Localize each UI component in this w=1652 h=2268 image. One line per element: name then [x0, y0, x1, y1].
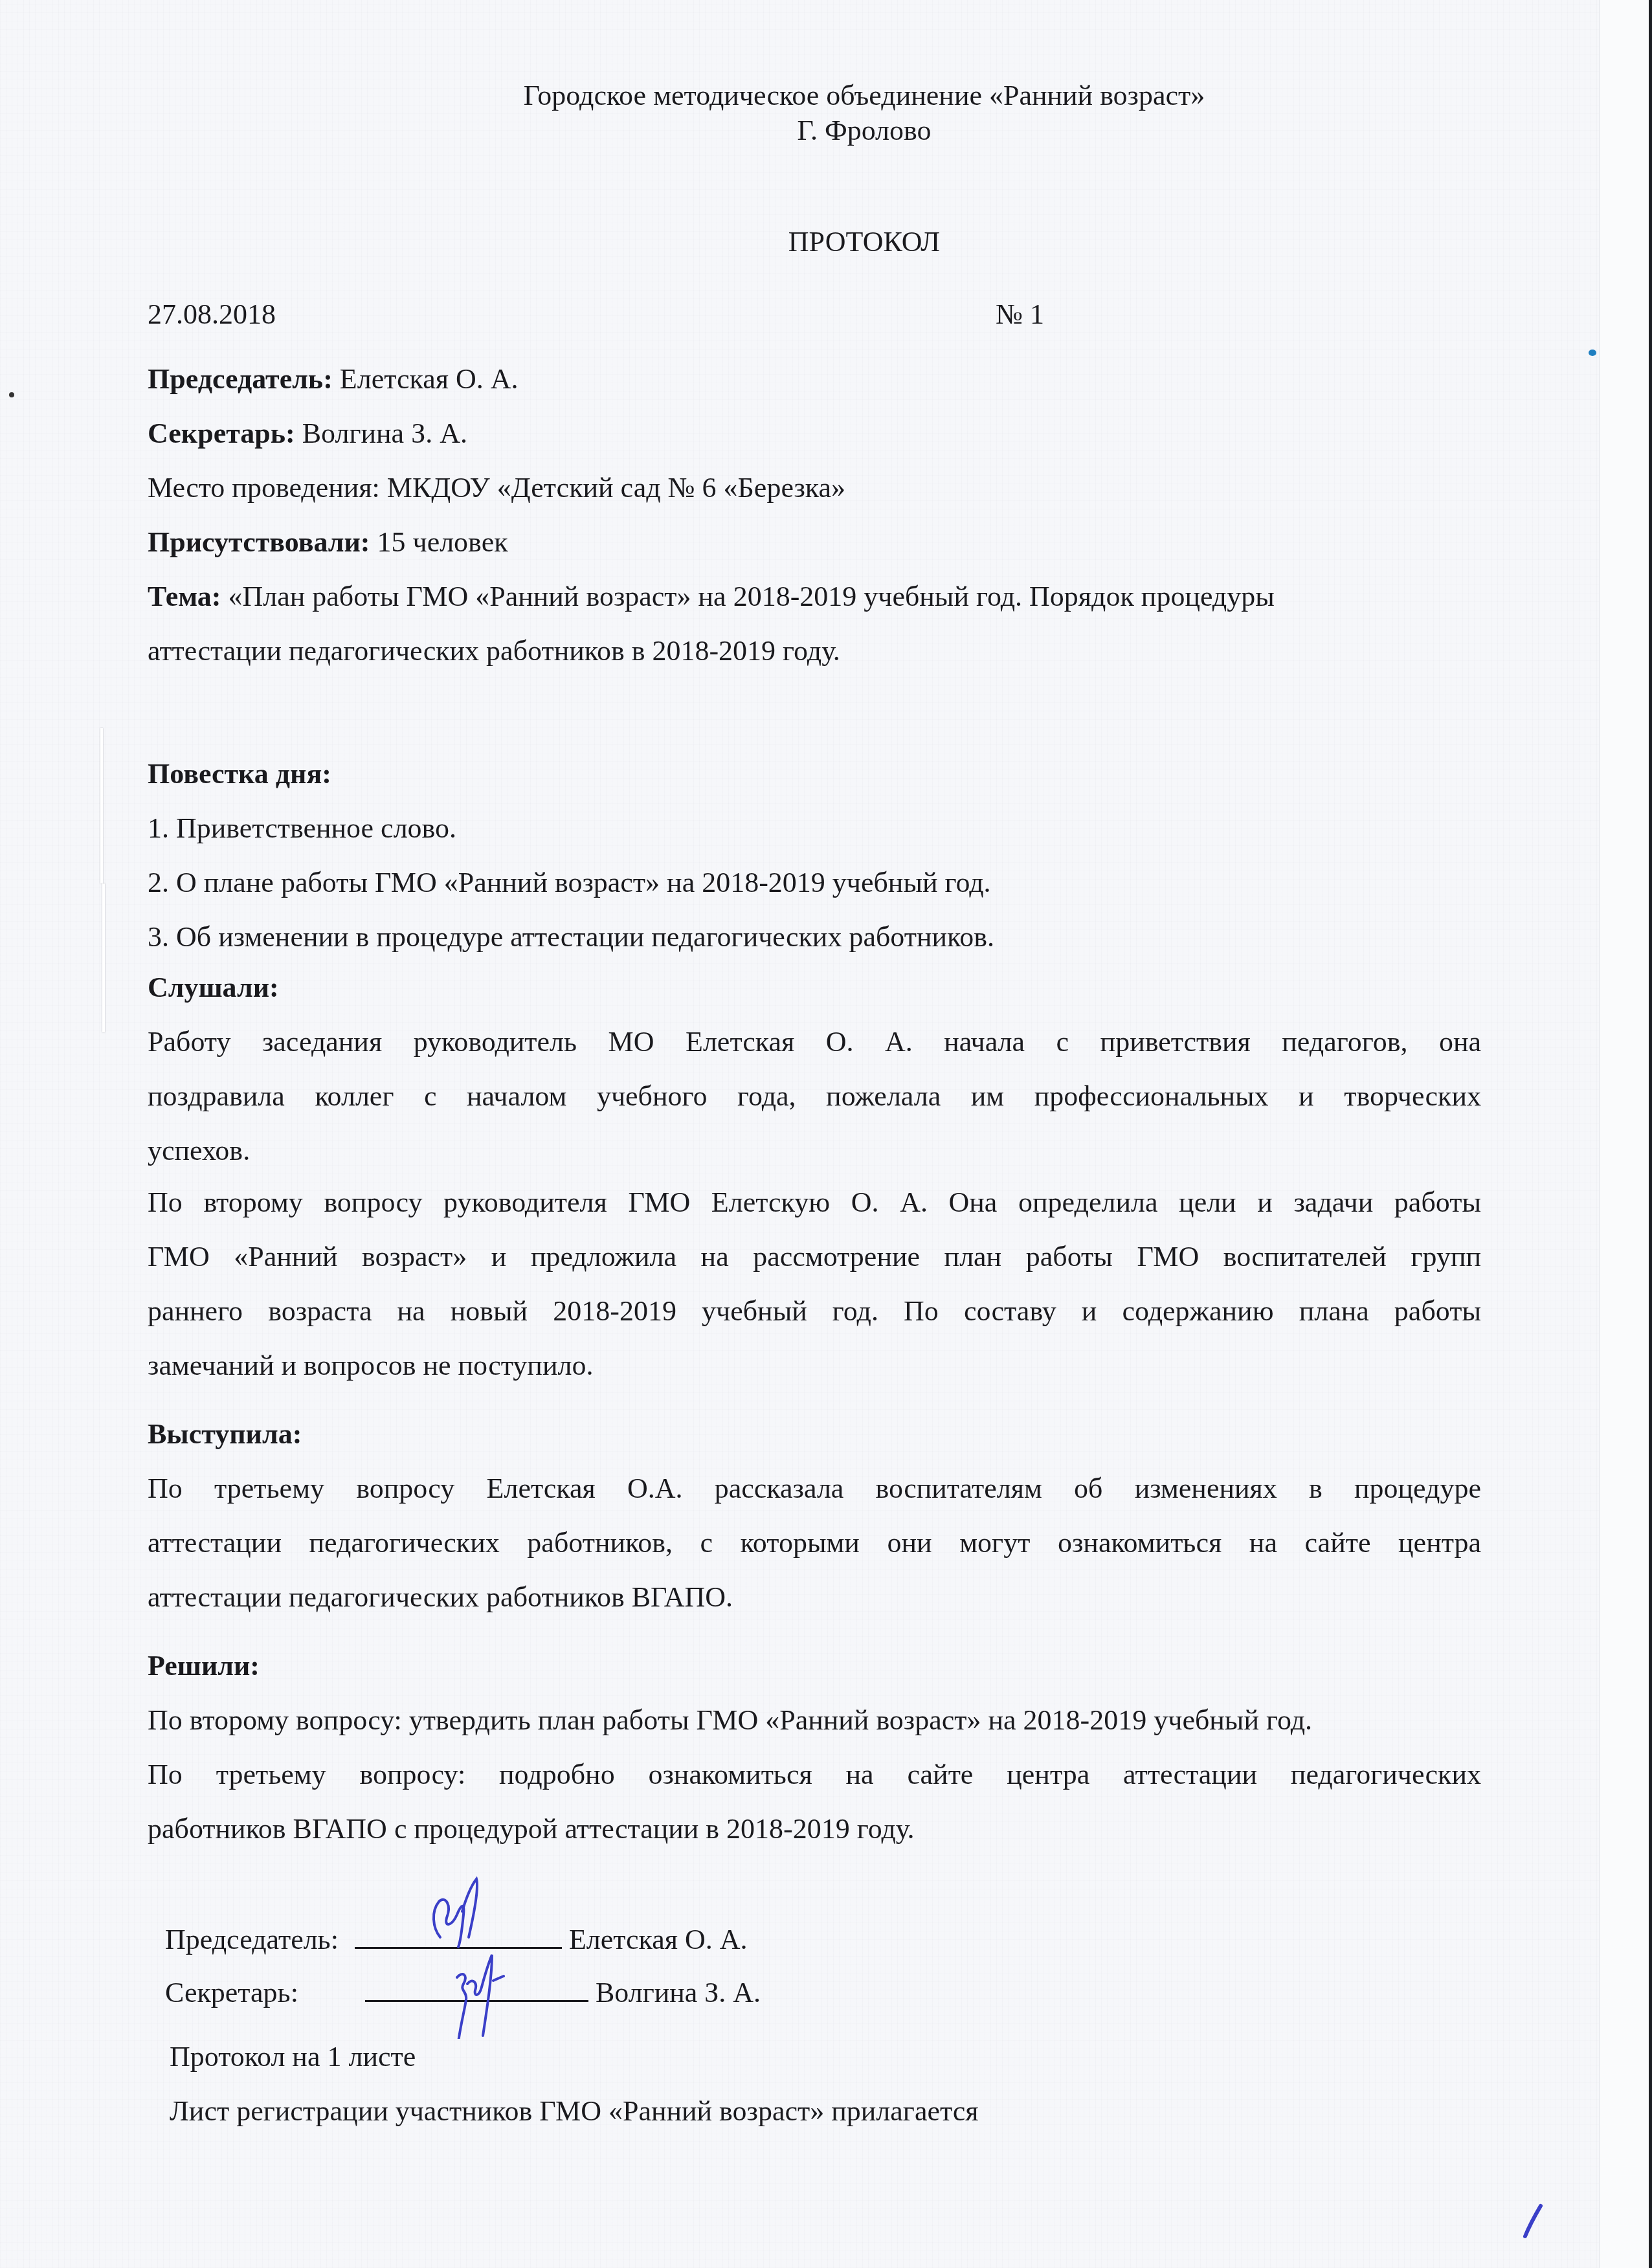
- secretary-signature-name: Волгина З. А.: [596, 1977, 761, 2008]
- secretary-signature-line: [365, 1974, 588, 2002]
- agenda-heading: Повестка дня:: [148, 757, 1481, 790]
- organization-name: Городское методическое объединение «Ранн…: [388, 79, 1340, 112]
- chairman-value: Елетская О. А.: [340, 363, 519, 395]
- attendees-value: 15 человек: [377, 526, 508, 558]
- chairman-signature-label: Председатель:: [165, 1924, 339, 1955]
- document-title: ПРОТОКОЛ: [388, 225, 1340, 258]
- spoke-line: аттестации педагогических работников, с …: [148, 1526, 1481, 1559]
- protocol-date: 27.08.2018: [148, 298, 276, 330]
- listened-heading: Слушали:: [148, 971, 1481, 1004]
- scanner-edge: [1599, 0, 1652, 2268]
- secretary-handwritten-signature: [425, 1942, 528, 2039]
- topic-row: Тема: «План работы ГМО «Ранний возраст» …: [148, 580, 1481, 613]
- attachment-note: Лист регистрации участников ГМО «Ранний …: [170, 2095, 1503, 2128]
- date-number-row: 27.08.2018 № 1: [148, 298, 1481, 331]
- chairman-label: Председатель:: [148, 363, 333, 395]
- venue-row: Место проведения: МКДОУ «Детский сад № 6…: [148, 471, 1481, 504]
- agenda-item: 3. Об изменении в процедуре аттестации п…: [148, 920, 1481, 953]
- listened-line: По второму вопросу руководителя ГМО Елет…: [148, 1186, 1481, 1219]
- topic-text-line2: аттестации педагогических работников в 2…: [148, 634, 1481, 667]
- decided-line: работников ВГАПО с процедурой аттестации…: [148, 1812, 1481, 1845]
- spoke-heading: Выступила:: [148, 1417, 1481, 1451]
- spoke-line: По третьему вопросу Елетская О.А. расска…: [148, 1472, 1481, 1505]
- chairman-signature-name: Елетская О. А.: [569, 1924, 748, 1955]
- listened-line: успехов.: [148, 1134, 1481, 1167]
- pages-note: Протокол на 1 листе: [170, 2040, 1503, 2073]
- binder-thread-mark: [102, 884, 105, 1032]
- listened-line: ГМО «Ранний возраст» и предложила на рас…: [148, 1240, 1481, 1273]
- listened-line: раннего возраста на новый 2018-2019 учеб…: [148, 1295, 1481, 1328]
- listened-line: Работу заседания руководитель МО Елетска…: [148, 1025, 1481, 1058]
- decided-heading: Решили:: [148, 1649, 1481, 1682]
- handwritten-page-number: [1520, 2201, 1546, 2240]
- scanned-page: Городское методическое объединение «Ранн…: [0, 0, 1599, 2268]
- listened-line: поздравила коллег с началом учебного год…: [148, 1080, 1481, 1113]
- decided-line: По третьему вопросу: подробно ознакомить…: [148, 1758, 1481, 1791]
- scan-speck: [9, 392, 14, 397]
- chairman-row: Председатель: Елетская О. А.: [148, 362, 1481, 395]
- city-name: Г. Фролово: [388, 114, 1340, 147]
- secretary-label: Секретарь:: [148, 417, 295, 449]
- secretary-signature-label: Секретарь:: [165, 1977, 298, 2008]
- attendees-label: Присутствовали:: [148, 526, 370, 558]
- topic-label: Тема:: [148, 581, 221, 612]
- agenda-item: 1. Приветственное слово.: [148, 812, 1481, 845]
- secretary-value: Волгина З. А.: [302, 417, 467, 449]
- secretary-row: Секретарь: Волгина З. А.: [148, 417, 1481, 450]
- spoke-line: аттестации педагогических работников ВГА…: [148, 1581, 1481, 1614]
- ink-speck: [1589, 350, 1596, 356]
- protocol-number: № 1: [996, 298, 1044, 331]
- binder-thread-mark: [100, 728, 103, 884]
- agenda-item: 2. О плане работы ГМО «Ранний возраст» н…: [148, 866, 1481, 899]
- decided-line: По второму вопросу: утвердить план работ…: [148, 1704, 1481, 1737]
- topic-text-line1: «План работы ГМО «Ранний возраст» на 201…: [229, 581, 1275, 612]
- listened-line: замечаний и вопросов не поступило.: [148, 1349, 1481, 1382]
- secretary-signature-row: Секретарь: Волгина З. А.: [165, 1974, 761, 2009]
- attendees-row: Присутствовали: 15 человек: [148, 526, 1481, 559]
